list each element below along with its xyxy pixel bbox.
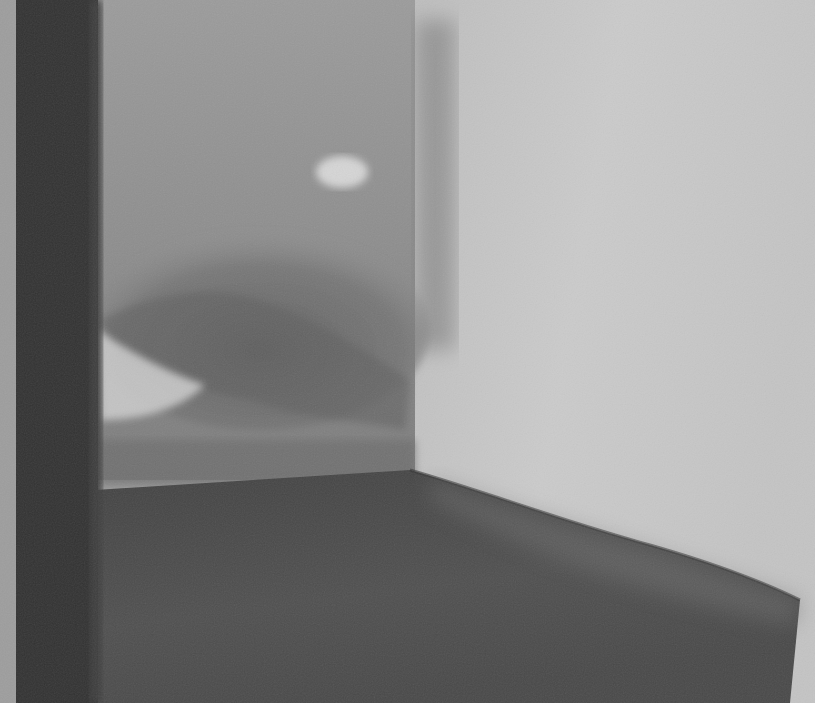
photo-scene [0,0,815,703]
room-corner-photo [0,0,815,703]
